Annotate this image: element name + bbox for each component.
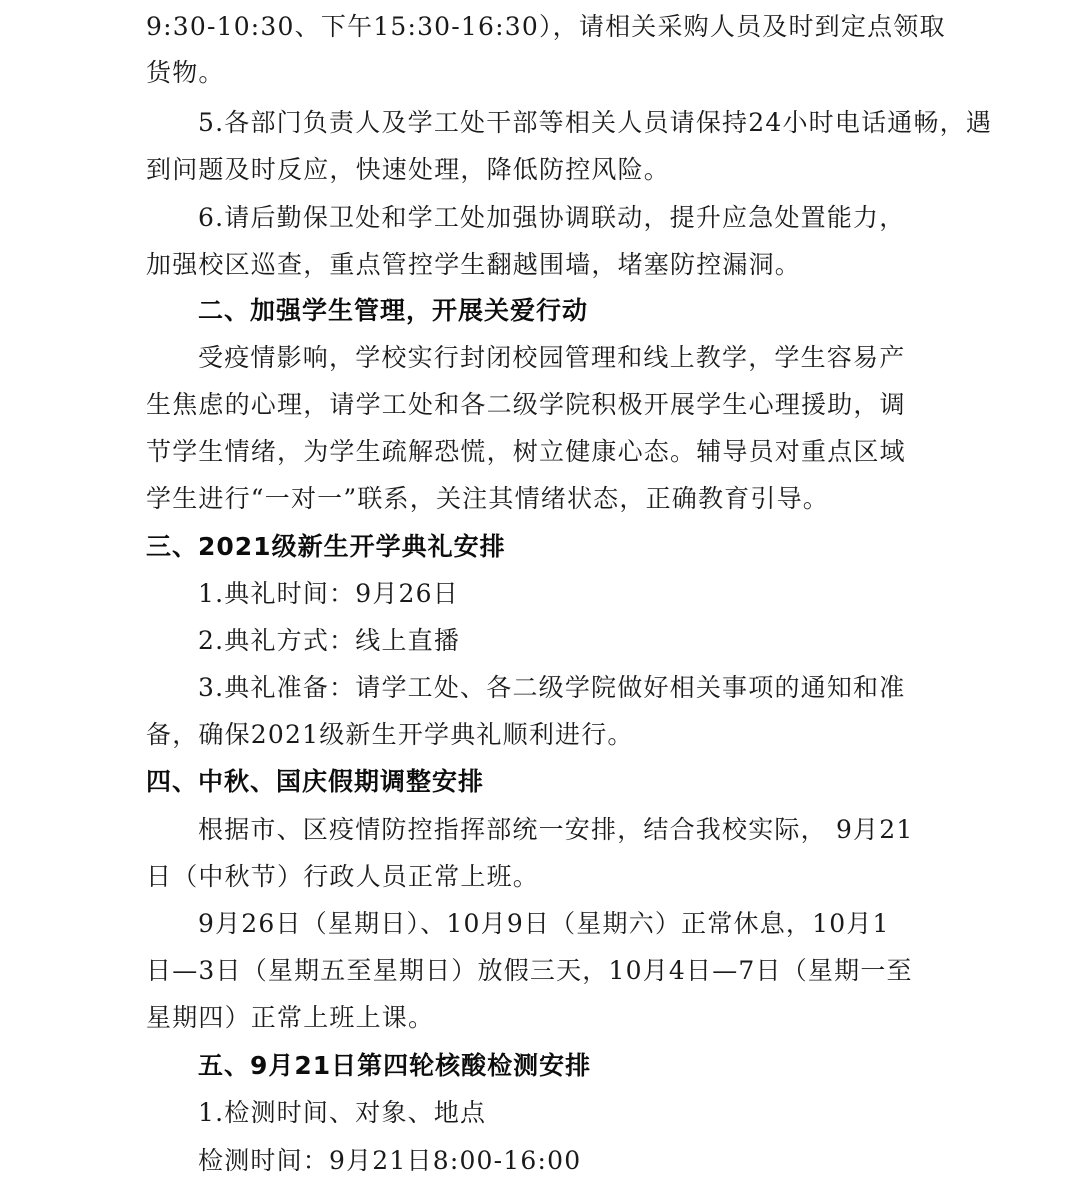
section-heading: 三、2021级新生开学典礼安排 [146, 532, 506, 562]
paragraph-line: 学生进行“一对一”联系，关注其情绪状态，正确教育引导。 [146, 484, 829, 514]
paragraph-line: 备，确保2021级新生开学典礼顺利进行。 [146, 720, 634, 750]
paragraph-line: 1.检测时间、对象、地点 [198, 1098, 486, 1128]
paragraph-line: 检测时间：9月21日8:00-16:00 [198, 1146, 581, 1176]
paragraph-line: 货物。 [146, 58, 225, 88]
paragraph-line: 日—3日（星期五至星期日）放假三天，10月4日—7日（星期一至 [146, 956, 913, 986]
paragraph-line: 节学生情绪，为学生疏解恐慌，树立健康心态。辅导员对重点区域 [146, 437, 906, 467]
paragraph-line: 到问题及时反应，快速处理，降低防控风险。 [146, 155, 670, 185]
paragraph-line: 日（中秋节）行政人员正常上班。 [146, 862, 539, 892]
section-heading: 二、加强学生管理，开展关爱行动 [198, 296, 588, 326]
section-heading: 五、9月21日第四轮核酸检测安排 [198, 1051, 591, 1081]
paragraph-line: 5.各部门负责人及学工处干部等相关人员请保持24小时电话通畅，遇 [198, 108, 992, 138]
paragraph-line: 生焦虑的心理，请学工处和各二级学院积极开展学生心理援助，调 [146, 390, 906, 420]
paragraph-line: 3.典礼准备：请学工处、各二级学院做好相关事项的通知和准 [198, 673, 905, 703]
paragraph-line: 2.典礼方式：线上直播 [198, 626, 460, 656]
paragraph-line: 受疫情影响，学校实行封闭校园管理和线上教学，学生容易产 [198, 343, 905, 373]
paragraph-line: 9月26日（星期日）、10月9日（星期六）正常休息，10月1 [198, 909, 890, 939]
paragraph-line: 根据市、区疫情防控指挥部统一安排，结合我校实际， 9月21 [198, 815, 913, 845]
section-heading: 四、中秋、国庆假期调整安排 [146, 767, 484, 797]
paragraph-line: 加强校区巡查，重点管控学生翻越围墙，堵塞防控漏洞。 [146, 250, 801, 280]
paragraph-line: 9:30-10:30、下午15:30-16:30），请相关采购人员及时到定点领取 [146, 12, 946, 42]
paragraph-line: 星期四）正常上班上课。 [146, 1003, 434, 1033]
paragraph-line: 1.典礼时间：9月26日 [198, 579, 459, 609]
paragraph-line: 6.请后勤保卫处和学工处加强协调联动，提升应急处置能力， [198, 203, 905, 233]
